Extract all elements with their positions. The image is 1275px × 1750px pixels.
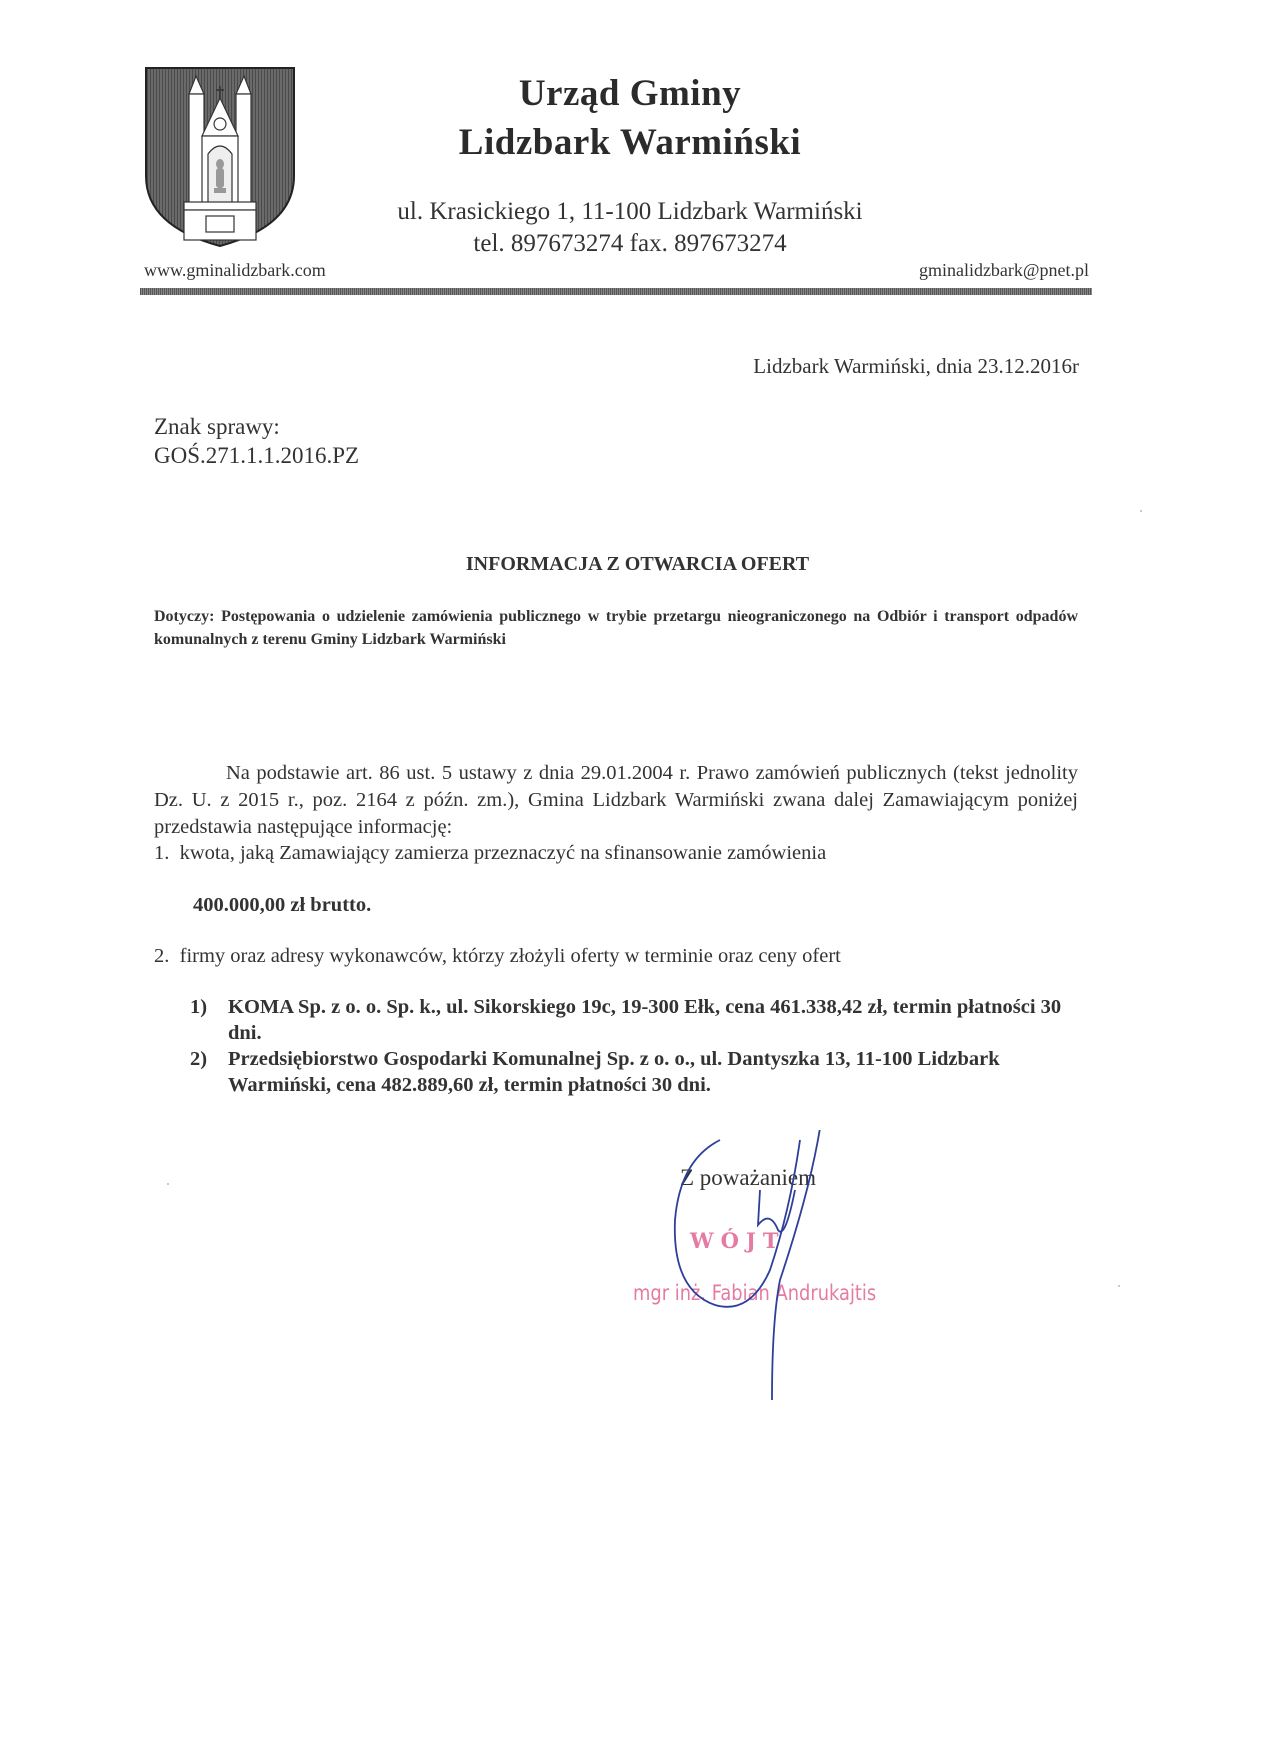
stamp-name: mgr inż. Fabian Andrukajtis bbox=[633, 1281, 876, 1305]
offer-text: Przedsiębiorstwo Gospodarki Komunalnej S… bbox=[228, 1046, 1070, 1098]
offer-item: 2) Przedsiębiorstwo Gospodarki Komunalne… bbox=[190, 1046, 1070, 1098]
document-subject: Dotyczy: Postępowania o udzielenie zamów… bbox=[154, 605, 1078, 651]
closing-regards: Z poważaniem bbox=[680, 1165, 816, 1191]
coat-of-arms-logo bbox=[144, 66, 296, 248]
office-address: ul. Krasickiego 1, 11-100 Lidzbark Warmi… bbox=[330, 198, 930, 226]
scan-speck bbox=[1140, 510, 1142, 512]
office-title-line1: Urząd Gminy bbox=[330, 72, 930, 115]
offer-item: 1) KOMA Sp. z o. o. Sp. k., ul. Sikorski… bbox=[190, 994, 1070, 1046]
scan-speck bbox=[167, 1183, 169, 1185]
office-website: www.gminalidzbark.com bbox=[144, 260, 326, 281]
offer-number: 2) bbox=[190, 1046, 228, 1098]
list-item-budget: 1. kwota, jaką Zamawiający zamierza prze… bbox=[154, 842, 826, 865]
offer-text: KOMA Sp. z o. o. Sp. k., ul. Sikorskiego… bbox=[228, 994, 1070, 1046]
scan-speck bbox=[1118, 1285, 1120, 1287]
office-phone-fax: tel. 897673274 fax. 897673274 bbox=[330, 230, 930, 258]
offers-list: 1) KOMA Sp. z o. o. Sp. k., ul. Sikorski… bbox=[190, 994, 1070, 1098]
letterhead-divider bbox=[140, 288, 1092, 295]
office-email: gminalidzbark@pnet.pl bbox=[919, 260, 1089, 281]
document-date: Lidzbark Warmiński, dnia 23.12.2016r bbox=[753, 354, 1079, 379]
case-reference: Znak sprawy: GOŚ.271.1.1.2016.PZ bbox=[154, 412, 359, 470]
budget-amount: 400.000,00 zł brutto. bbox=[193, 894, 371, 917]
case-reference-label: Znak sprawy: bbox=[154, 412, 359, 441]
offer-number: 1) bbox=[190, 994, 228, 1046]
stamp-title: WÓJT bbox=[690, 1228, 785, 1253]
case-reference-value: GOŚ.271.1.1.2016.PZ bbox=[154, 441, 359, 470]
intro-text: Na podstawie art. 86 ust. 5 ustawy z dni… bbox=[154, 762, 1078, 838]
list-item-bidders: 2. firmy oraz adresy wykonawców, którzy … bbox=[154, 945, 841, 968]
intro-paragraph: Na podstawie art. 86 ust. 5 ustawy z dni… bbox=[154, 760, 1078, 841]
document-heading: INFORMACJA Z OTWARCIA OFERT bbox=[0, 553, 1275, 576]
office-title-line2: Lidzbark Warmiński bbox=[330, 121, 930, 164]
